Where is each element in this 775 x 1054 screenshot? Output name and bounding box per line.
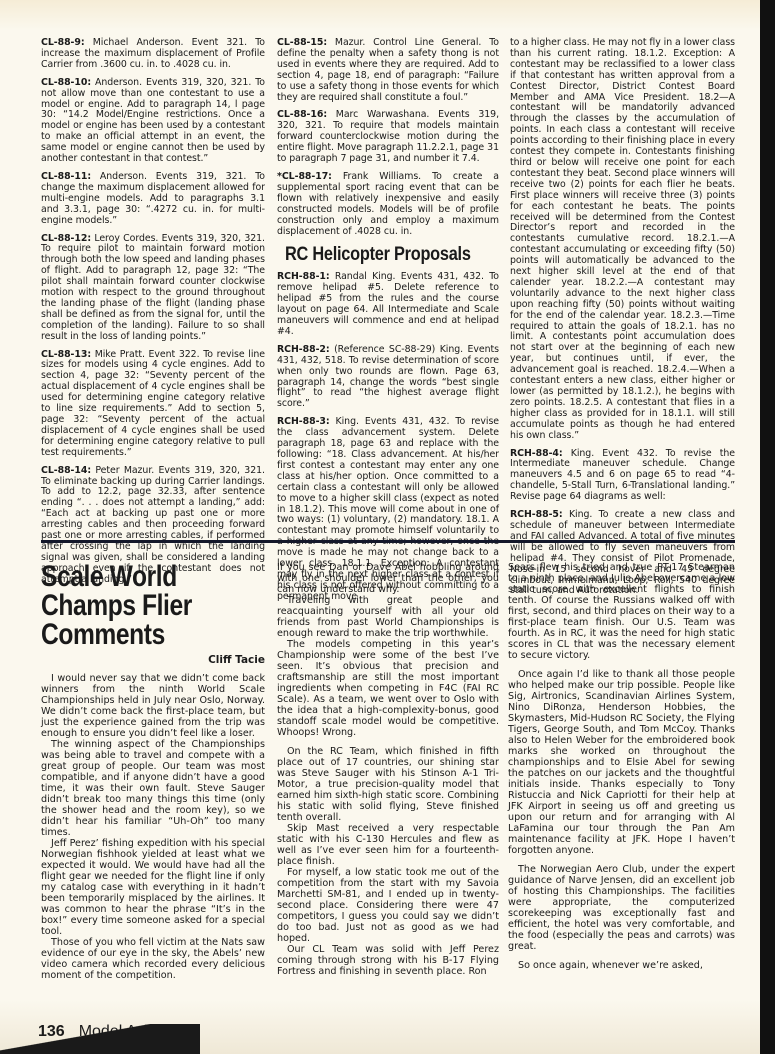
article-paragraph: Those of you who fell victim at the Nats… bbox=[41, 937, 265, 981]
proposal-continuation: to a higher class. He may not fly in a l… bbox=[510, 38, 735, 442]
page-curl-shadow bbox=[0, 1024, 200, 1054]
proposal-id: RCH-88-5: bbox=[510, 509, 563, 520]
proposals-column-1: CL-88-9: Michael Anderson. Event 321. To… bbox=[41, 38, 265, 593]
proposal-item: CL-88-9: Michael Anderson. Event 321. To… bbox=[41, 38, 265, 71]
section-divider bbox=[41, 540, 735, 543]
article-byline: Cliff Tacie bbox=[41, 655, 265, 666]
article-paragraph: Skip Mast received a very respectable st… bbox=[277, 823, 499, 867]
article-paragraph: Sears flew his tried and true PT-17 Stea… bbox=[508, 562, 735, 661]
proposal-item: CL-88-10: Anderson. Events 319, 320, 321… bbox=[41, 78, 265, 165]
article-paragraph: If you see Dan or Dave Abel hobbling aro… bbox=[277, 562, 499, 595]
proposal-id: CL-88-11: bbox=[41, 171, 91, 182]
article-column-2: If you see Dan or Dave Abel hobbling aro… bbox=[277, 562, 499, 977]
proposal-id: CL-88-10: bbox=[41, 77, 91, 88]
article-column-3: Sears flew his tried and true PT-17 Stea… bbox=[508, 562, 735, 971]
article-paragraph: For myself, a low static took me out of … bbox=[277, 867, 499, 944]
proposal-id: CL-88-9: bbox=[41, 37, 85, 48]
article-paragraph: The winning aspect of the Championships … bbox=[41, 739, 265, 838]
scan-edge-border bbox=[760, 0, 775, 1054]
article-paragraph: Our CL Team was solid with Jeff Perez co… bbox=[277, 944, 499, 977]
article-paragraph: On the RC Team, which finished in fifth … bbox=[277, 746, 499, 823]
proposal-id: RCH-88-3: bbox=[277, 416, 330, 427]
proposal-id: CL-88-15: bbox=[277, 37, 327, 48]
proposal-id: *CL-88-17: bbox=[277, 171, 332, 182]
proposal-item: CL-88-11: Anderson. Events 319, 321. To … bbox=[41, 172, 265, 227]
proposal-id: CL-88-16: bbox=[277, 109, 327, 120]
article-paragraph: The Norwegian Aero Club, under the exper… bbox=[508, 864, 735, 952]
proposal-item: CL-88-13: Mike Pratt. Event 322. To revi… bbox=[41, 350, 265, 459]
article-paragraph: The models competing in this year’s Cham… bbox=[277, 639, 499, 738]
magazine-page: CL-88-9: Michael Anderson. Event 321. To… bbox=[0, 0, 760, 1054]
proposal-id: RCH-88-4: bbox=[510, 448, 563, 459]
article-paragraph: Jeff Perez’ fishing expedition with his … bbox=[41, 838, 265, 937]
article-paragraph: Once again I’d like to thank all those p… bbox=[508, 669, 735, 856]
proposal-item: CL-88-15: Mazur. Control Line General. T… bbox=[277, 38, 499, 103]
proposal-id: CL-88-14: bbox=[41, 465, 91, 476]
section-heading-rc-helicopter: RC Helicopter Proposals bbox=[285, 244, 469, 266]
proposal-item: *CL-88-17: Frank Williams. To create a s… bbox=[277, 172, 499, 237]
proposal-id: RCH-88-2: bbox=[277, 344, 330, 355]
proposal-item: CL-88-16: Marc Warwashana. Events 319, 3… bbox=[277, 110, 499, 165]
article-paragraph: Traveling with great people and reacquai… bbox=[277, 595, 499, 639]
article-paragraph: I would never say that we didn’t come ba… bbox=[41, 673, 265, 739]
article-title: Scale World Champs Flier Comments bbox=[41, 562, 225, 649]
proposal-id: CL-88-12: bbox=[41, 233, 91, 244]
proposals-column-2: CL-88-15: Mazur. Control Line General. T… bbox=[277, 38, 499, 610]
proposal-item: CL-88-12: Leroy Cordes. Events 319, 320,… bbox=[41, 234, 265, 343]
proposal-item: RCH-88-2: (Reference SC-88-29) King. Eve… bbox=[277, 345, 499, 410]
article-column-1: Scale World Champs Flier Comments Cliff … bbox=[41, 562, 265, 981]
proposal-item: RCH-88-1: Randal King. Events 431, 432. … bbox=[277, 272, 499, 337]
proposal-id: CL-88-13: bbox=[41, 349, 91, 360]
proposal-id: RCH-88-1: bbox=[277, 271, 330, 282]
proposal-item: RCH-88-4: King. Event 432. To revise the… bbox=[510, 449, 735, 504]
proposals-column-3: to a higher class. He may not fly in a l… bbox=[510, 38, 735, 604]
article-paragraph: So once again, whenever we’re asked, bbox=[508, 960, 735, 971]
